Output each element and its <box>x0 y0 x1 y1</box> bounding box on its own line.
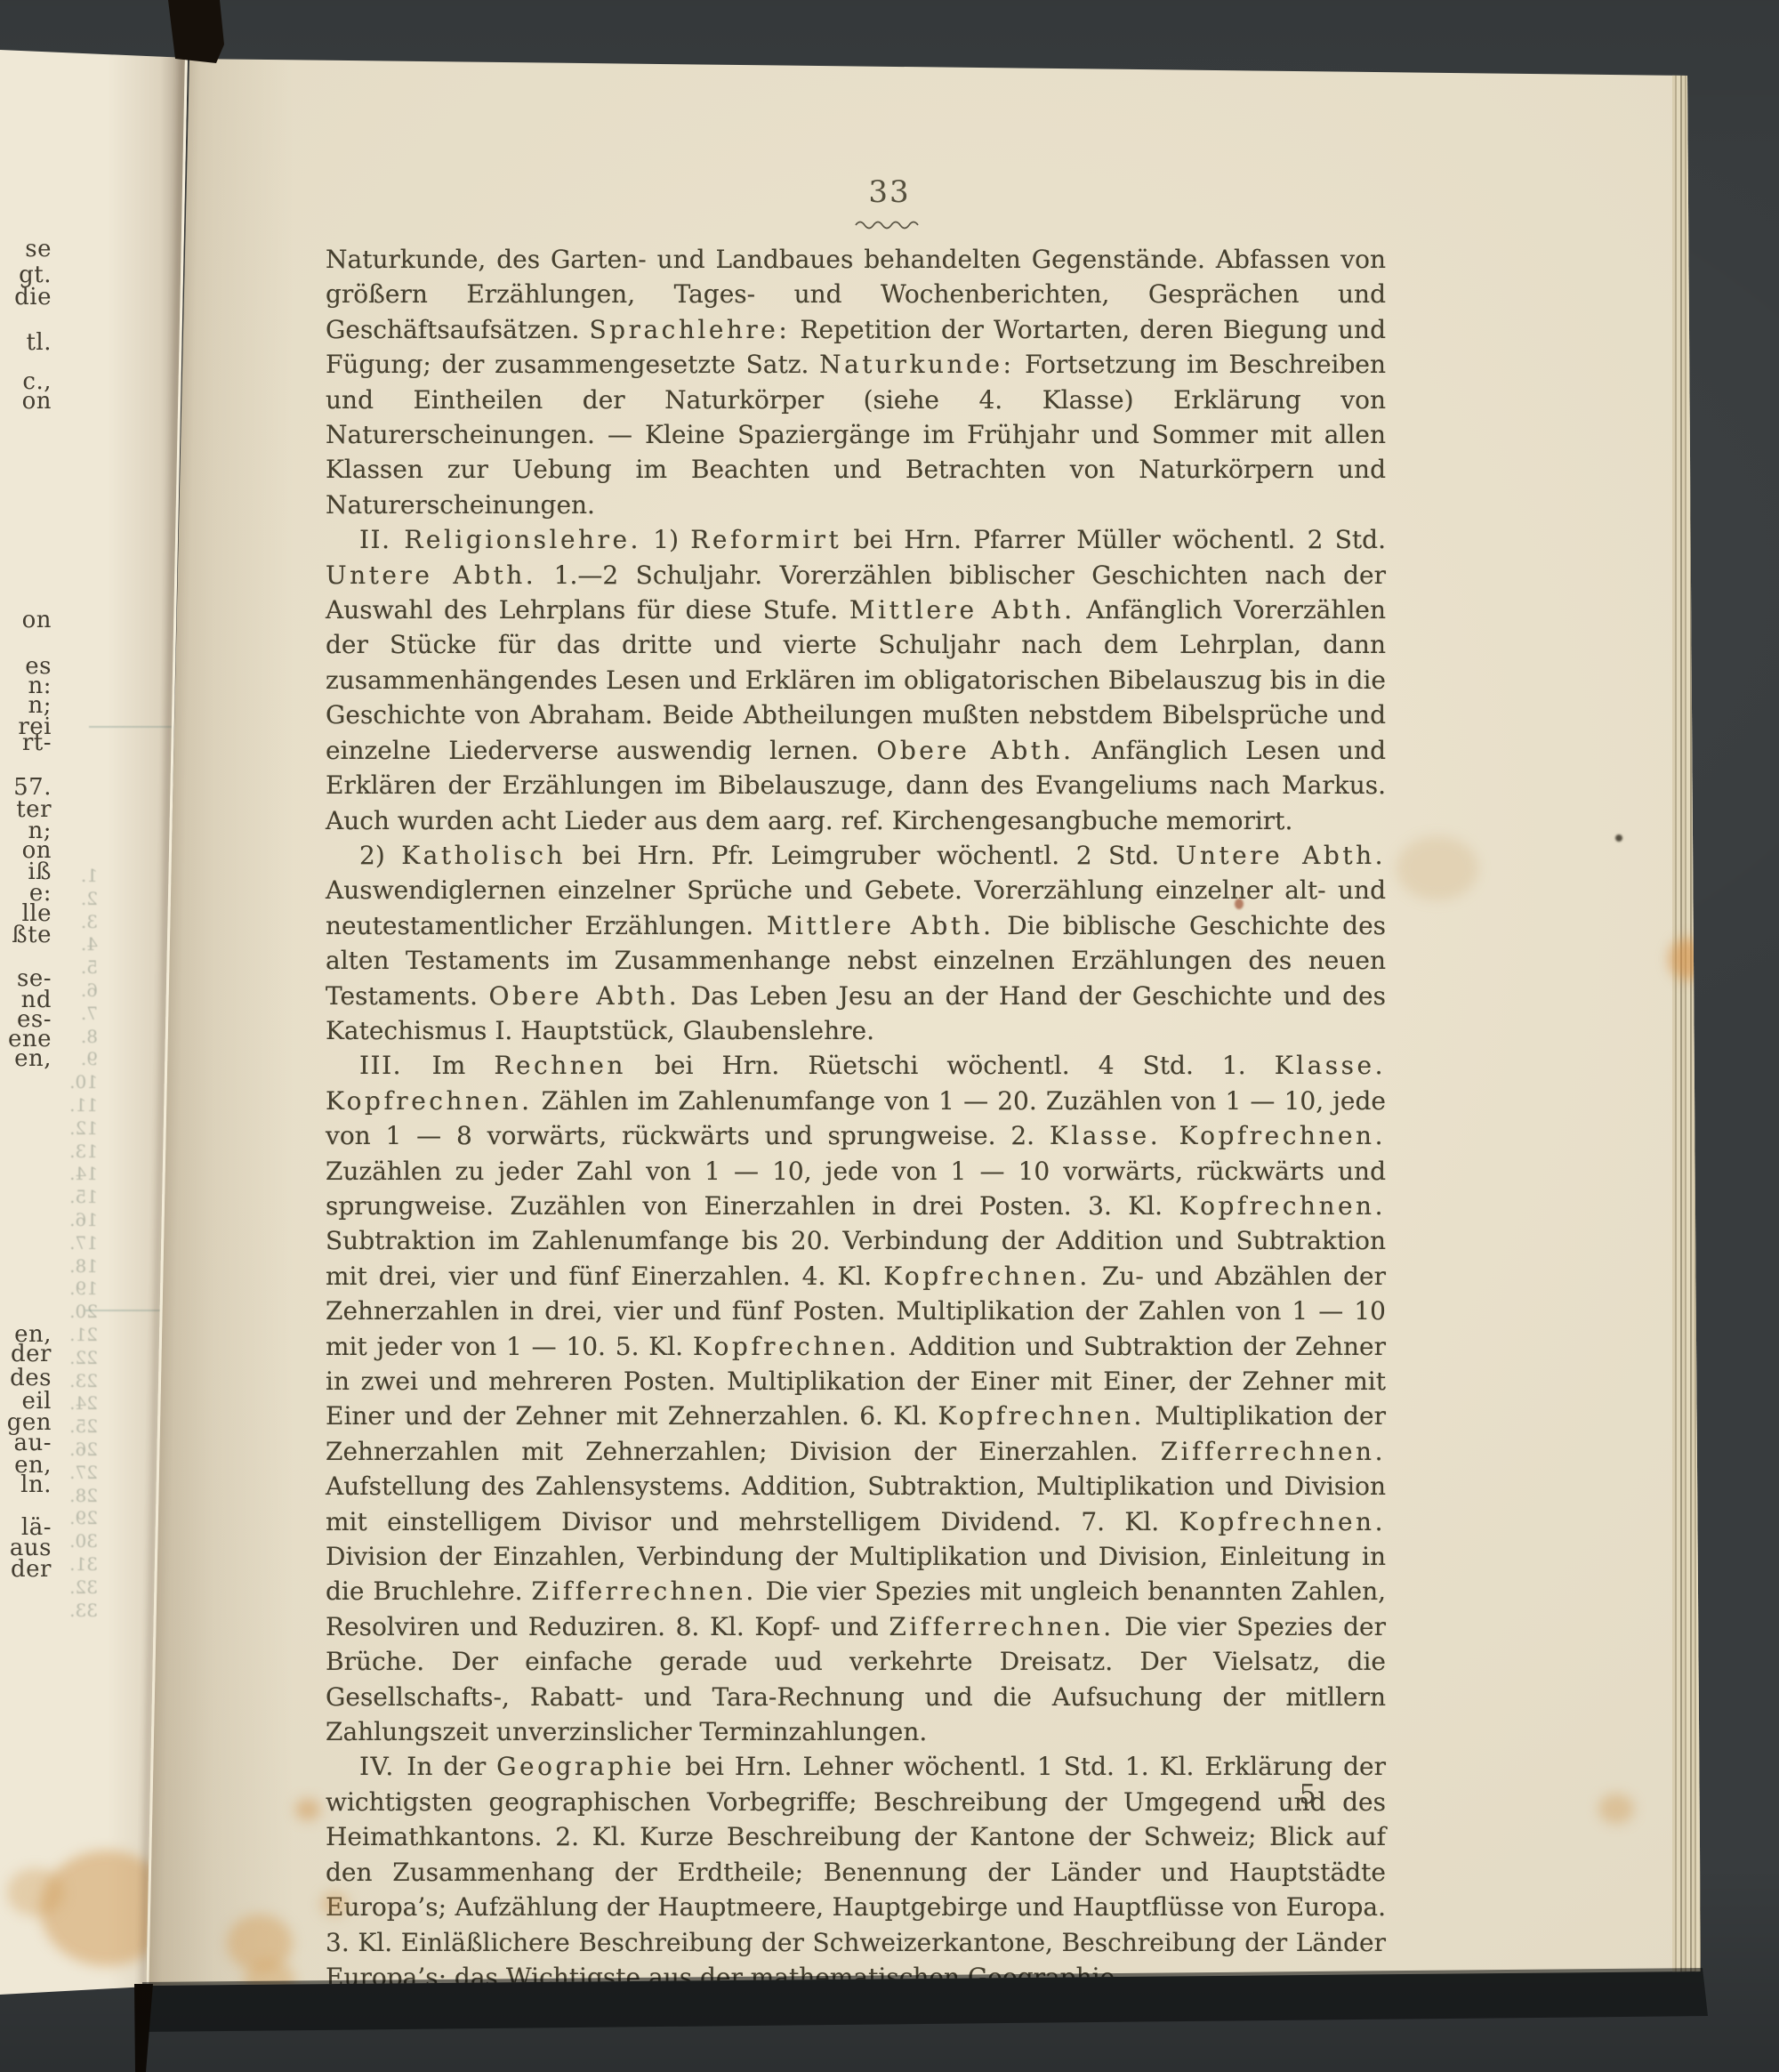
paragraph: III. Im Rechnen bei Hrn. Rüetschi wöchen… <box>326 1048 1386 1749</box>
bleedthrough-number: 6. <box>50 980 98 1001</box>
bleedthrough-number: 32. <box>50 1576 98 1598</box>
page-text: Naturkunde, des Garten- und Landbaues be… <box>326 242 1386 2030</box>
text-run: Rechnen <box>494 1051 626 1080</box>
bleedthrough-number: 14. <box>50 1163 98 1184</box>
bleedthrough-number: 25. <box>50 1415 98 1437</box>
bleedthrough-rule <box>89 726 183 728</box>
text-run: Reformirt <box>690 525 841 554</box>
text-fragment: tl. <box>0 329 52 356</box>
text-run: Zifferrechnen. <box>889 1612 1114 1641</box>
bleedthrough-number: 23. <box>50 1370 98 1391</box>
bleedthrough-number: 20. <box>50 1301 98 1322</box>
text-run: Geographie <box>496 1752 674 1781</box>
foxing-stain <box>1598 1794 1634 1824</box>
text-run: II. <box>359 525 404 554</box>
text-run: Naturkunde: <box>819 350 1014 379</box>
text-fragment: die <box>0 284 52 310</box>
bleedthrough-number: 2. <box>50 888 98 909</box>
text-run: Katholisch <box>401 841 566 870</box>
text-run: Zifferrechnen. <box>531 1576 756 1606</box>
text-fragment: ln. <box>0 1471 52 1498</box>
text-run: Obere Abth. <box>876 736 1074 765</box>
bleedthrough-number: 21. <box>50 1324 98 1345</box>
bleedthrough-number: 13. <box>50 1141 98 1162</box>
text-run: bei Hrn. Pfarrer Müller wöchentl. 2 Std. <box>841 525 1386 554</box>
text-run: Kopfrechnen. <box>1179 1507 1386 1536</box>
paragraph: IV. In der Geographie bei Hrn. Lehner wö… <box>326 1749 1386 1995</box>
bleedthrough-number: 15. <box>50 1186 98 1207</box>
paragraph: Naturkunde, des Garten- und Landbaues be… <box>326 242 1386 522</box>
bleedthrough-number: 12. <box>50 1117 98 1139</box>
bleedthrough-number: 7. <box>50 1003 98 1024</box>
page-edge-stack <box>1672 71 1703 1975</box>
book-photo: segt.dietl.c.,ononesn:n;reirt-57.tern;on… <box>0 0 1779 2072</box>
text-run: IV. <box>359 1752 407 1781</box>
bleedthrough-number: 18. <box>50 1255 98 1277</box>
text-run: Religionslehre. <box>404 525 641 554</box>
text-run: 1) <box>641 525 690 554</box>
text-fragment: der <box>0 1556 52 1583</box>
paragraph: II. Religionslehre. 1) Reformirt bei Hrn… <box>326 522 1386 838</box>
page-number-underline <box>854 216 925 233</box>
bleedthrough-number: 28. <box>50 1485 98 1506</box>
text-run: Sprachlehre: <box>589 315 790 344</box>
bleedthrough-number: 9. <box>50 1048 98 1069</box>
text-run: Mittlere Abth. <box>767 911 994 940</box>
book-page: 33 Naturkunde, des Garten- und Landbaues… <box>0 0 1779 2072</box>
signature-mark: 5 <box>1284 1779 1331 1810</box>
ink-speck <box>1615 834 1622 842</box>
text-fragment: on <box>0 388 52 415</box>
text-run: bei Hrn. Lehner wöchentl. 1 Std. 1. Kl. … <box>326 1752 1386 1991</box>
bleedthrough-number: 22. <box>50 1347 98 1368</box>
foxing-stain <box>1397 836 1478 900</box>
bleedthrough-number: 10. <box>50 1071 98 1092</box>
bleedthrough-number: 33. <box>50 1600 98 1621</box>
bleedthrough-number: 29. <box>50 1507 98 1528</box>
bleedthrough-number: 31. <box>50 1553 98 1575</box>
text-run: Mittlere Abth. <box>849 595 1075 625</box>
foxing-stain <box>1669 938 1706 980</box>
bleedthrough-number: 30. <box>50 1530 98 1552</box>
bleedthrough-number: 11. <box>50 1094 98 1116</box>
text-run: Kopfrechnen. <box>1179 1191 1386 1221</box>
text-run: Kopfrechnen. <box>883 1262 1091 1291</box>
text-fragment: rt- <box>0 730 52 756</box>
foxing-stain <box>7 1868 64 1916</box>
page-number: 33 <box>852 174 927 210</box>
bleedthrough-number: 17. <box>50 1232 98 1254</box>
bleedthrough-number: 8. <box>50 1026 98 1047</box>
text-run: Kopfrechnen. <box>938 1401 1145 1431</box>
bleedthrough-number: 27. <box>50 1462 98 1483</box>
text-fragment: se <box>0 236 52 262</box>
text-run: Obere Abth. <box>489 981 680 1011</box>
text-run: bei Hrn. Rüetschi wöchentl. 4 Std. 1. <box>626 1051 1275 1080</box>
text-fragment: en, <box>0 1045 52 1072</box>
text-run: Zifferrechnen. <box>1161 1437 1386 1466</box>
text-run: bei Hrn. Pfr. Leimgruber wöchentl. 2 Std… <box>566 841 1176 870</box>
bleedthrough-number: 26. <box>50 1439 98 1460</box>
foxing-stain <box>320 1891 349 1916</box>
bleedthrough-number: 19. <box>50 1278 98 1299</box>
text-fragment: der <box>0 1341 52 1367</box>
text-fragment: ßte <box>0 922 52 948</box>
bleedthrough-number: 5. <box>50 956 98 978</box>
text-run: Untere Abth. <box>1176 841 1386 870</box>
text-run: Kopfrechnen. <box>693 1332 900 1361</box>
bleedthrough-number: 16. <box>50 1209 98 1230</box>
text-run: Untere Abth. <box>326 560 536 590</box>
bleedthrough-number: 1. <box>50 865 98 886</box>
text-run: Im <box>432 1051 495 1080</box>
text-fragment: on <box>0 607 52 633</box>
foxing-stain <box>295 1799 320 1820</box>
bleedthrough-number: 24. <box>50 1392 98 1414</box>
bleedthrough-number: 4. <box>50 933 98 955</box>
text-run: 2) <box>359 841 401 870</box>
paragraph: 2) Katholisch bei Hrn. Pfr. Leimgruber w… <box>326 838 1386 1048</box>
ink-speck <box>1235 899 1244 909</box>
bleedthrough-number: 3. <box>50 911 98 932</box>
text-run: Klasse. Kopfrechnen. <box>1050 1121 1386 1150</box>
text-run: III. <box>359 1051 432 1080</box>
text-run: In der <box>407 1752 496 1781</box>
